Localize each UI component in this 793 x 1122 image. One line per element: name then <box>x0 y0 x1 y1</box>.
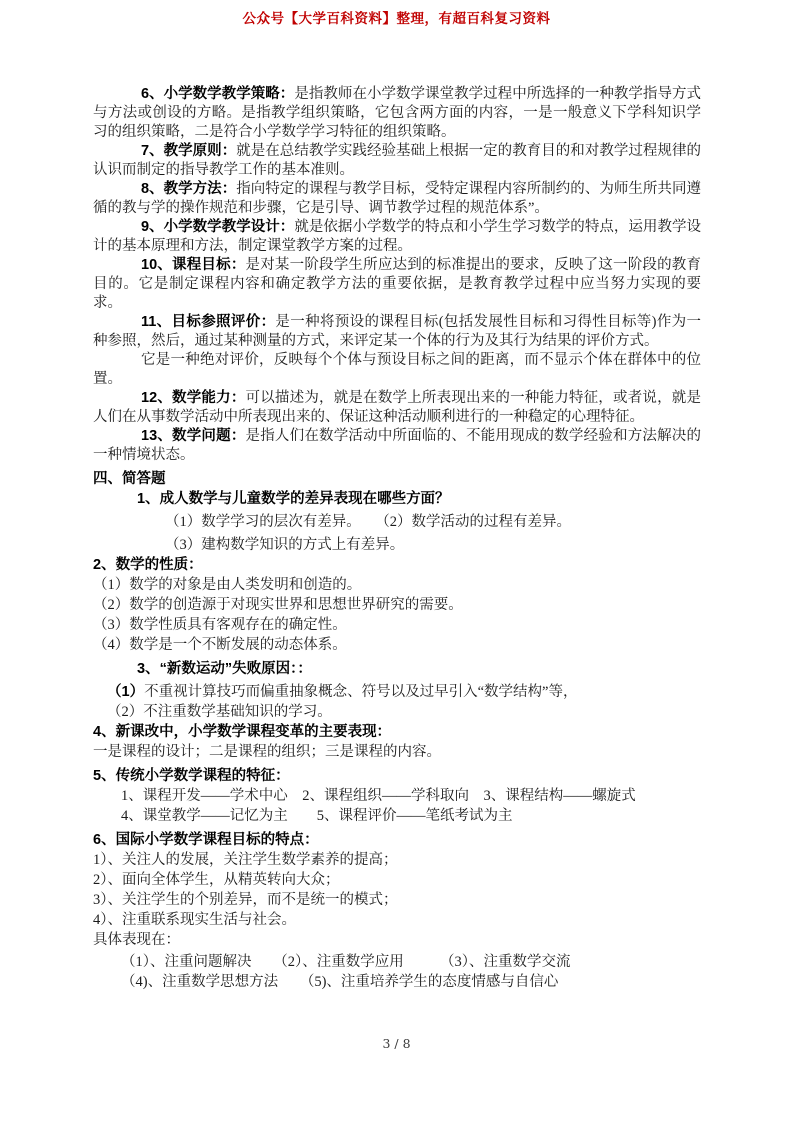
bold-term: 6、小学数学教学策略： <box>141 86 294 102</box>
bold-term: 11、目标参照评价： <box>141 314 275 330</box>
definition-13: 13、数学问题：是指人们在数学活动中所面临的、不能用现成的数学经验和方法解决的一… <box>93 427 701 465</box>
question-5: 5、传统小学数学课程的特征： <box>93 766 701 786</box>
definition-7: 7、教学原则：就是在总结教学实践经验基础上根据一定的教育目的和对教学过程规律的认… <box>93 142 701 180</box>
definition-11-note: 它是一种绝对评价，反映每个个体与预设目标之间的距离，而不显示个体在群体中的位置。 <box>93 351 701 389</box>
bold-term: 10、课程目标： <box>141 257 246 273</box>
text-run: （1）数学的对象是由人类发明和创造的。 <box>93 577 361 593</box>
answer-6-detail-line-2: （4)、注重数学思想方法 （5)、注重培养学生的态度情感与自信心 <box>93 972 701 992</box>
answer-6-item-2: 2）、面向全体学生，从精英转向大众； <box>93 870 701 890</box>
answer-3-item-2: （2）不注重数学基础知识的学习。 <box>93 702 701 722</box>
answer-6-detail-label: 具体表现在： <box>93 930 701 950</box>
definition-9: 9、小学数学教学设计：就是依据小学数学的特点和小学生学习数学的特点，运用教学设计… <box>93 218 701 256</box>
text-run: 1）、关注人的发展，关注学生数学素养的提高； <box>93 852 398 868</box>
definition-11: 11、目标参照评价：是一种将预设的课程目标(包括发展性目标和习得性目标等)作为一… <box>93 313 701 351</box>
answer-2-item-2: （2）数学的创造源于对现实世界和思想世界研究的需要。 <box>93 595 701 615</box>
answer-2-item-3: （3）数学性质具有客观存在的确定性。 <box>93 615 701 635</box>
bold-term: 5、传统小学数学课程的特征： <box>93 768 290 784</box>
bold-term: 2、数学的性质： <box>93 557 203 573</box>
text-run: （4)、注重数学思想方法 （5)、注重培养学生的态度情感与自信心 <box>121 974 558 990</box>
answer-1-line-1: （1）数学学习的层次有差异。 （2）数学活动的过程有差异。 <box>93 512 701 532</box>
answer-4: 一是课程的设计；二是课程的组织；三是课程的内容。 <box>93 742 701 762</box>
answer-3-item-1: （1）不重视计算技巧而偏重抽象概念、符号以及过早引入“数学结构”等， <box>93 682 701 702</box>
section-heading-4: 四、简答题 <box>93 469 701 489</box>
text-run: 1、课程开发——学术中心 2、课程组织——学科取向 3、课程结构——螺旋式 <box>121 788 636 804</box>
bold-term: 8、教学方法： <box>141 181 236 197</box>
bold-term: 6、国际小学数学课程目标的特点： <box>93 832 319 848</box>
text-run: （1）、注重问题解决 （2）、注重数学应用 （3）、注重数学交流 <box>121 954 571 970</box>
text-run: 3）、关注学生的个别差异，而不是统一的模式； <box>93 892 398 908</box>
definition-12: 12、数学能力：可以描述为，就是在数学上所表现出来的一种能力特征，或者说，就是人… <box>93 389 701 427</box>
question-4: 4、新课改中，小学数学课程变革的主要表现： <box>93 722 701 742</box>
watermark-header: 公众号【大学百科资料】整理，有超百科复习资料 <box>0 7 793 27</box>
answer-2-item-1: （1）数学的对象是由人类发明和创造的。 <box>93 575 701 595</box>
definition-6: 6、小学数学教学策略：是指教师在小学数学课堂教学过程中所选择的一种教学指导方式与… <box>93 85 701 142</box>
answer-6-item-3: 3）、关注学生的个别差异，而不是统一的模式； <box>93 890 701 910</box>
text-run: （3）数学性质具有客观存在的确定性。 <box>93 617 347 633</box>
text-run: 具体表现在： <box>93 932 180 948</box>
text-run: 一是课程的设计；二是课程的组织；三是课程的内容。 <box>93 744 441 760</box>
bold-term: 12、数学能力： <box>141 390 246 406</box>
definition-10: 10、课程目标：是对某一阶段学生所应达到的标准提出的要求，反映了这一阶段的教育目… <box>93 256 701 313</box>
definition-8: 8、教学方法：指向特定的课程与教学目标，受特定课程内容所制约的、为师生所共同遵循… <box>93 180 701 218</box>
text-run: （3）建构数学知识的方式上有差异。 <box>165 537 404 553</box>
text-run: 2）、面向全体学生，从精英转向大众； <box>93 872 340 888</box>
text-run: （1）数学学习的层次有差异。 （2）数学活动的过程有差异。 <box>165 514 571 530</box>
question-6: 6、国际小学数学课程目标的特点： <box>93 830 701 850</box>
answer-1-line-2: （3）建构数学知识的方式上有差异。 <box>93 535 701 555</box>
page-number: 3 / 8 <box>0 1036 793 1051</box>
question-3: 3、“新数运动”失败原因：： <box>93 659 701 679</box>
text-run: 4、课堂教学——记忆为主 5、课程评价——笔纸考试为主 <box>121 808 513 824</box>
bold-term: 4、新课改中，小学数学课程变革的主要表现： <box>93 724 391 740</box>
answer-6-item-1: 1）、关注人的发展，关注学生数学素养的提高； <box>93 850 701 870</box>
answer-2-item-4: （4）数学是一个不断发展的动态体系。 <box>93 635 701 655</box>
text-run: （2）不注重数学基础知识的学习。 <box>107 704 332 720</box>
text-run: （4）数学是一个不断发展的动态体系。 <box>93 637 347 653</box>
answer-6-item-4: 4）、注重联系现实生活与社会。 <box>93 910 701 930</box>
document-content: 6、小学数学教学策略：是指教师在小学数学课堂教学过程中所选择的一种教学指导方式与… <box>93 85 701 992</box>
document-page: 公众号【大学百科资料】整理，有超百科复习资料 6、小学数学教学策略：是指教师在小… <box>0 0 793 1122</box>
text-run: （2）数学的创造源于对现实世界和思想世界研究的需要。 <box>93 597 463 613</box>
question-1: 1、成人数学与儿童数学的差异表现在哪些方面？ <box>93 489 701 509</box>
answer-5-line-1: 1、课程开发——学术中心 2、课程组织——学科取向 3、课程结构——螺旋式 <box>93 786 701 806</box>
bold-term: （1） <box>107 684 144 700</box>
bold-term: 9、小学数学教学设计： <box>141 219 294 235</box>
bold-term: 7、教学原则： <box>141 143 236 159</box>
answer-6-detail-line-1: （1）、注重问题解决 （2）、注重数学应用 （3）、注重数学交流 <box>93 952 701 972</box>
text-run: 它是一种绝对评价，反映每个个体与预设目标之间的距离，而不显示个体在群体中的位置。 <box>93 352 701 387</box>
question-2: 2、数学的性质： <box>93 555 701 575</box>
text-run: 4）、注重联系现实生活与社会。 <box>93 912 296 928</box>
text-run: 不重视计算技巧而偏重抽象概念、符号以及过早引入“数学结构”等， <box>144 684 577 700</box>
bold-term: 13、数学问题： <box>141 428 246 444</box>
bold-term: 3、“新数运动”失败原因：： <box>137 661 312 677</box>
bold-term: 四、简答题 <box>93 471 166 487</box>
answer-5-line-2: 4、课堂教学——记忆为主 5、课程评价——笔纸考试为主 <box>93 806 701 826</box>
bold-term: 1、成人数学与儿童数学的差异表现在哪些方面？ <box>137 491 450 507</box>
